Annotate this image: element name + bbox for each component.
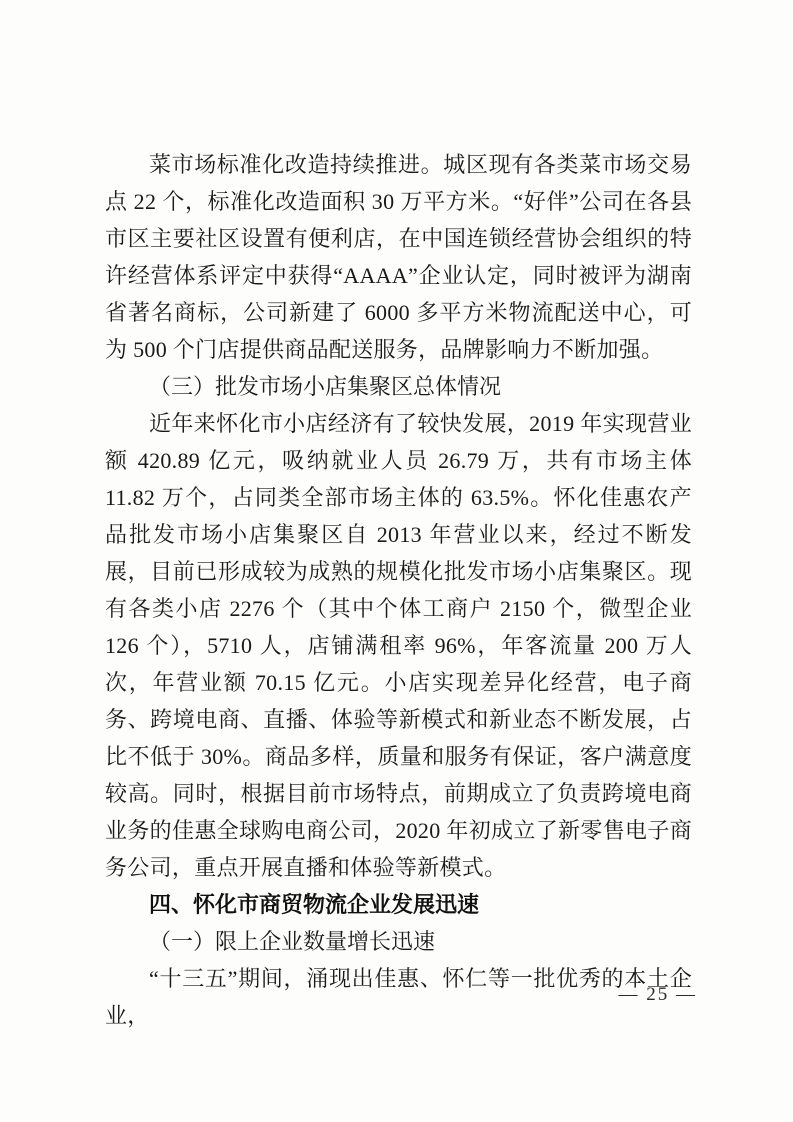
page-content: 菜市场标准化改造持续推进。城区现有各类菜市场交易点 22 个，标准化改造面积 3…	[105, 146, 692, 1034]
paragraph-market-renovation: 菜市场标准化改造持续推进。城区现有各类菜市场交易点 22 个，标准化改造面积 3…	[105, 146, 692, 368]
section-heading-wholesale-cluster: （三）批发市场小店集聚区总体情况	[105, 368, 692, 405]
page-number: — 25 —	[619, 983, 698, 1007]
section-heading-enterprise-growth: （一）限上企业数量增长迅速	[105, 923, 692, 960]
chapter-heading-logistics-enterprises: 四、怀化市商贸物流企业发展迅速	[105, 886, 692, 923]
document-page: 菜市场标准化改造持续推进。城区现有各类菜市场交易点 22 个，标准化改造面积 3…	[0, 0, 793, 1122]
paragraph-small-shop-economy: 近年来怀化市小店经济有了较快发展，2019 年实现营业额 420.89 亿元，吸…	[105, 405, 692, 886]
paragraph-13th-five-year-plan: “十三五”期间，涌现出佳惠、怀仁等一批优秀的本土企业，	[105, 960, 692, 1034]
